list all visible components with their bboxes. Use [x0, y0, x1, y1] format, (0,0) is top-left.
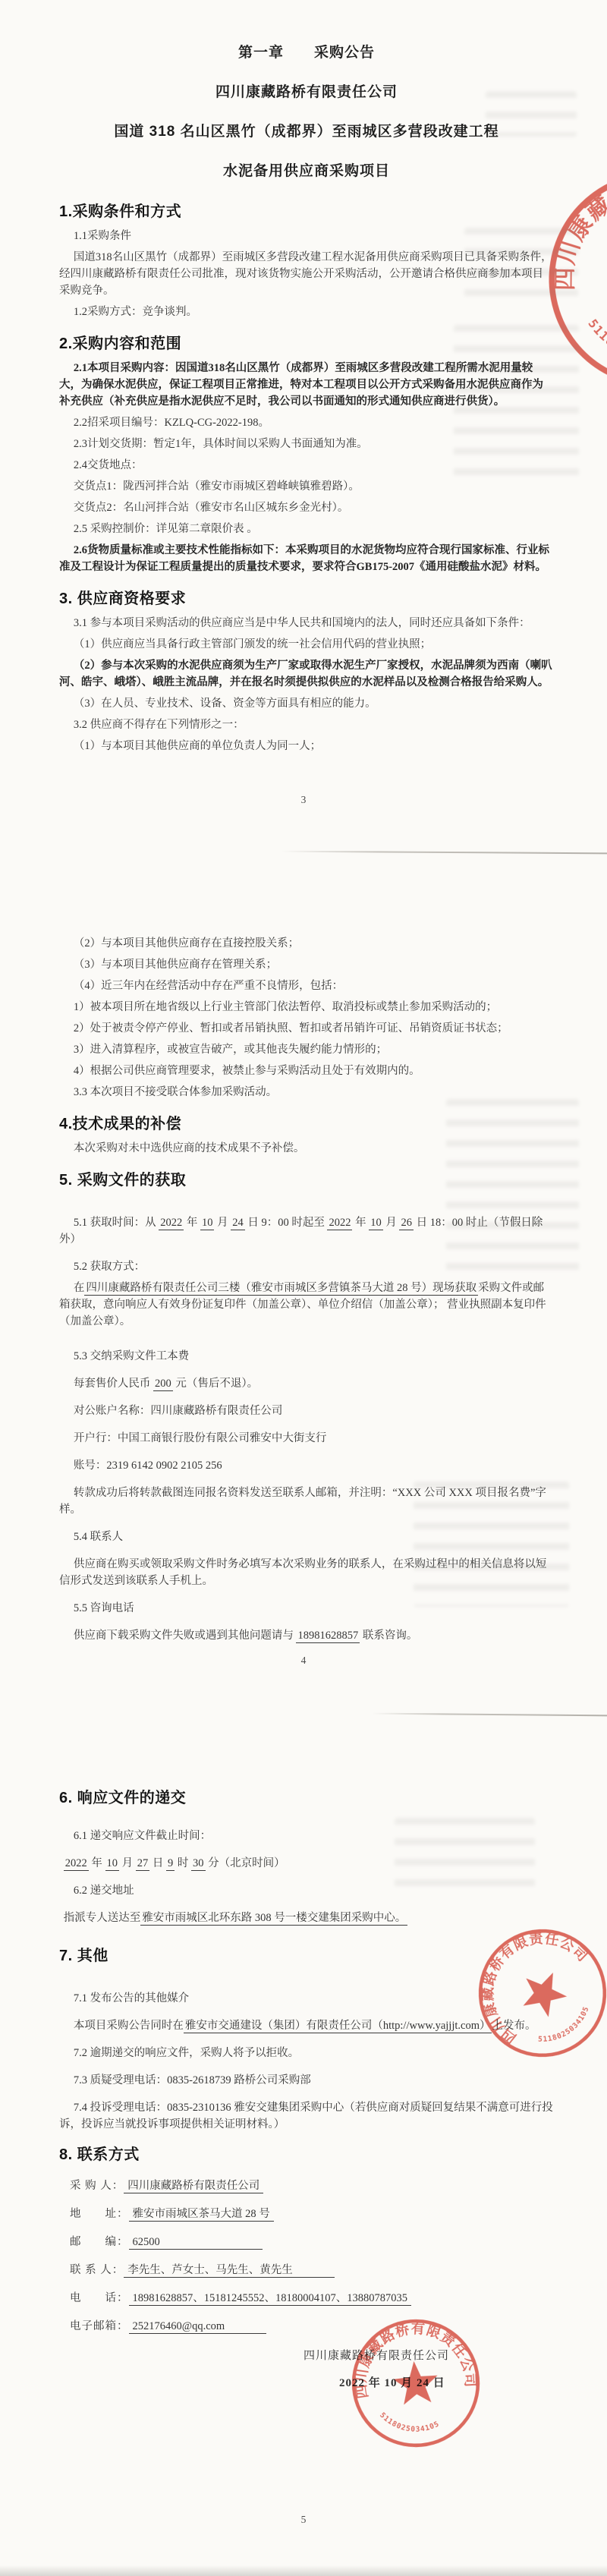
- para-3-1-item2: （2）参与本次采购的水泥供应商须为生产厂家或取得水泥生产厂家授权，水泥品牌须为西…: [59, 657, 554, 691]
- field-value-underlined: 雅安市雨城区茶马大道 28 号: [129, 2208, 274, 2222]
- field-value-underlined: 62500: [129, 2236, 263, 2250]
- pickup-address-underlined: 四川康藏路桥有限责任公司三楼（雅安市雨城区多营镇茶马大道 28 号）现场获取: [84, 1282, 478, 1296]
- para-5-4-body: 供应商在购买或领取采购文件时务必填写本次采购业务的联系人，在采购过程中的相关信息…: [59, 1556, 554, 1589]
- para-2-5: 2.5 采购控制价：详见第二章限价表 。: [59, 521, 554, 537]
- para-3-2-case4-sub1: 1）被本项目所在地省级以上行业主管部门依法暂停、取消投标或禁止参加采购活动的；: [59, 999, 554, 1016]
- section-8-heading: 8. 联系方式: [59, 2143, 554, 2166]
- page-number: 5: [0, 2514, 607, 2526]
- text-segment: 供应商下载采购文件失败或遇到其他问题请与: [74, 1630, 297, 1642]
- date-month-underlined: 10: [200, 1217, 215, 1230]
- text-segment: 本项目采购公告同时在: [74, 2020, 184, 2032]
- delivery-address-underlined: 雅安市雨城区北环东路 308 号一楼交建集团采购中心。: [140, 1912, 407, 1926]
- para-5-3-transfer-note: 转款成功后将转款截图连同报名资料发送至联系人邮箱，并注明：“XXX 公司 XXX…: [59, 1485, 554, 1518]
- contact-row-email: 电子邮箱：252176460@qq.com: [70, 2318, 554, 2335]
- field-label: 电子邮箱：: [70, 2320, 129, 2332]
- para-5-2: 5.2 获取方式：: [59, 1258, 554, 1275]
- para-5-1: 5.1 获取时间：从 2022 年 10 月 24 日 9：00 时起至 202…: [59, 1214, 554, 1248]
- text-segment: 日: [149, 1857, 166, 1869]
- para-3-2-case4-sub3: 3）进入清算程序，或被宣告破产，或其他丧失履约能力情形的；: [59, 1041, 554, 1058]
- text-segment: 年: [89, 1857, 105, 1869]
- para-3-2-case4-sub2: 2）处于被责令停产停业、暂扣或者吊销执照、暂扣或者吊销许可证、吊销资质证书状态；: [59, 1020, 554, 1037]
- para-5-5: 5.5 咨询电话: [59, 1600, 554, 1617]
- para-5-5-body: 供应商下载采购文件失败或遇到其他问题请与 18981628857 联系咨询。: [59, 1627, 554, 1644]
- para-1-2: 1.2采购方式：竞争谈判。: [59, 304, 554, 320]
- para-3-2-case4-sub4: 4）根据公司供应商管理要求，被禁止参与采购活动且处于有效期内的。: [59, 1063, 554, 1079]
- para-5-3-price: 每套售价人民币 200 元（售后不退）。: [59, 1375, 554, 1392]
- para-3-2: 3.2 供应商不得存在下列情形之一：: [59, 716, 554, 733]
- contact-row-purchaser: 采 购 人：四川康藏路桥有限责任公司: [70, 2178, 554, 2194]
- para-7-4: 7.4 投诉受理电话：0835-2310136 雅安交建集团采购中心（若供应商对…: [59, 2099, 554, 2133]
- page-number: 3: [0, 794, 607, 806]
- field-value-underlined: 252176460@qq.com: [129, 2320, 267, 2334]
- contact-row-address: 地 址：雅安市雨城区茶马大道 28 号: [70, 2206, 554, 2222]
- contact-row-phones: 电 话：18981628857、15181245552、18180004107、…: [70, 2290, 554, 2307]
- scanned-page-2: （2）与本项目其他供应商存在直接控股关系； （3）与本项目其他供应商存在管理关系…: [0, 858, 607, 1717]
- para-3-2-case1: （1）与本项目其他供应商的单位负责人为同一人；: [59, 738, 554, 754]
- contact-row-contacts: 联 系 人：李先生、芦女士、马先生、黄先生: [70, 2262, 554, 2278]
- contact-info-block: 采 购 人：四川康藏路桥有限责任公司 地 址：雅安市雨城区茶马大道 28 号 邮…: [59, 2178, 554, 2335]
- text-segment: 日 9：00 时起至: [245, 1217, 328, 1229]
- text-segment: 元（售后不退）。: [173, 1378, 258, 1390]
- text-segment: 指派专人送达至: [64, 1912, 141, 1924]
- para-1-1-body: 国道318名山区黑竹（成都界）至雨城区多营段改建工程水泥备用供应商采购项目已具备…: [59, 249, 554, 299]
- para-2-3: 2.3计划交货期：暂定1年，具体时间以采购人书面通知为准。: [59, 436, 554, 452]
- para-6-1-deadline: 2022 年 10 月 27 日 9 时 30 分（北京时间）: [59, 1855, 554, 1872]
- company-seal-stamp-signature: 四川康藏路桥有限责任公司 5118025034105: [341, 2308, 490, 2458]
- para-2-4-point1: 交货点1：陇西河拌合站（雅安市雨城区碧峰峡镇雅碧路）。: [59, 478, 554, 495]
- publish-website-underlined: 雅安市交通建设（集团）有限责任公司（http://www.yajjjt.com）: [184, 2020, 492, 2033]
- text-segment: 分（北京时间）: [206, 1857, 285, 1869]
- title-block: 第一章 采购公告 四川康藏路桥有限责任公司 国道 318 名山区黑竹（成都界）至…: [59, 0, 554, 182]
- section-6-heading: 6. 响应文件的递交: [59, 1787, 554, 1809]
- para-4-body: 本次采购对未中选供应商的技术成果不予补偿。: [59, 1140, 554, 1157]
- text-segment: 月: [119, 1857, 136, 1869]
- text-segment: 年: [352, 1217, 369, 1229]
- date-year-underlined: 2022: [64, 1857, 89, 1871]
- text-segment: 在: [74, 1282, 85, 1294]
- para-3-2-case3: （3）与本项目其他供应商存在管理关系；: [59, 956, 554, 973]
- scanned-page-1: 第一章 采购公告 四川康藏路桥有限责任公司 国道 318 名山区黑竹（成都界）至…: [0, 0, 607, 858]
- para-5-2-body: 在四川康藏路桥有限责任公司三楼（雅安市雨城区多营镇茶马大道 28 号）现场获取采…: [59, 1280, 554, 1330]
- date-month-underlined: 10: [105, 1857, 120, 1871]
- date-day-underlined: 24: [231, 1217, 245, 1230]
- section-4-heading: 4.技术成果的补偿: [59, 1113, 554, 1135]
- text-segment: 月: [214, 1217, 231, 1229]
- field-label: 地 址：: [70, 2208, 129, 2220]
- para-3-2-case4: （4）近三年内在经营活动中存在严重不良情形，包括：: [59, 978, 554, 994]
- date-year-underlined: 2022: [159, 1217, 184, 1230]
- para-2-2: 2.2招采项目编号：KZLQ-CG-2022-198。: [59, 414, 554, 431]
- phone-underlined: 18981628857: [296, 1630, 360, 1643]
- time-hour-underlined: 9: [166, 1857, 175, 1871]
- scanned-procurement-document: { "doc": { "title": { "chapter": "第一章 采购…: [0, 0, 607, 2576]
- para-5-3-account-name: 对公账户名称：四川康藏路桥有限责任公司: [59, 1403, 554, 1419]
- para-3-1: 3.1 参与本项目采购活动的供应商应当是中华人民共和国境内的法人，同时还应具备如…: [59, 615, 554, 631]
- para-5-3-bank: 开户行：中国工商银行股份有限公司雅安中大街支行: [59, 1430, 554, 1447]
- purchaser-company-title: 四川康藏路桥有限责任公司: [59, 82, 554, 103]
- section-5-heading: 5. 采购文件的获取: [59, 1169, 554, 1192]
- date-day-underlined: 27: [136, 1857, 150, 1871]
- section-2-heading: 2.采购内容和范围: [59, 332, 554, 355]
- page-number: 4: [0, 1655, 607, 1667]
- para-2-1: 2.1本项目采购内容：因国道318名山区黑竹（成都界）至雨城区多营段改建工程所需…: [59, 360, 554, 410]
- contact-row-postcode: 邮 编：62500: [70, 2234, 554, 2250]
- scanned-page-3: 6. 响应文件的递交 6.1 递交响应文件截止时间： 2022 年 10 月 2…: [0, 1717, 607, 2576]
- date-month-underlined: 10: [369, 1217, 383, 1230]
- stamp-star: [392, 2359, 439, 2405]
- para-6-2-body: 指派专人送达至雅安市雨城区北环东路 308 号一楼交建集团采购中心。: [59, 1910, 554, 1926]
- field-label: 电 话：: [70, 2292, 129, 2304]
- para-2-4-point2: 交货点2：名山河拌合站（雅安市名山区城东乡金光村）。: [59, 499, 554, 516]
- field-value-underlined: 李先生、芦女士、马先生、黄先生: [124, 2264, 335, 2278]
- para-2-6: 2.6货物质量标准或主要技术性能指标如下：本采购项目的水泥货物均应符合现行国家标…: [59, 542, 554, 575]
- para-7-2: 7.2 逾期递交的响应文件，采购人将予以拒收。: [59, 2045, 554, 2061]
- para-3-1-item1: （1）供应商应当具备行政主管部门颁发的统一社会信用代码的营业执照；: [59, 636, 554, 653]
- para-7-3: 7.3 质疑受理电话：0835-2618739 路桥公司采购部: [59, 2072, 554, 2089]
- text-segment: 联系咨询。: [360, 1630, 417, 1642]
- stamp-star: [511, 1962, 573, 2023]
- text-segment: 每套售价人民币: [74, 1378, 153, 1390]
- text-segment: 5.1 获取时间：从: [74, 1217, 159, 1229]
- para-2-4: 2.4交货地点：: [59, 457, 554, 474]
- date-day-underlined: 26: [399, 1217, 414, 1230]
- stamp-code-text: 5118025034105: [378, 2406, 442, 2437]
- para-3-1-item3: （3）在人员、专业技术、设备、资金等方面具有相应的能力。: [59, 695, 554, 712]
- para-1-1-label: 1.1采购条件: [59, 228, 554, 244]
- project-name-title: 国道 318 名山区黑竹（成都界）至雨城区多营段改建工程: [59, 121, 554, 143]
- para-6-2: 6.2 递交地址: [59, 1882, 554, 1899]
- para-5-3-account-number: 账号：2319 6142 0902 2105 256: [59, 1457, 554, 1474]
- para-3-2-case2: （2）与本项目其他供应商存在直接控股关系；: [59, 935, 554, 952]
- field-label: 采 购 人：: [70, 2180, 124, 2192]
- svg-text:5118025034105: 5118025034105: [378, 2406, 442, 2437]
- field-value-underlined: 四川康藏路桥有限责任公司: [124, 2180, 263, 2193]
- text-segment: 年: [184, 1217, 200, 1229]
- text-segment: 时: [175, 1857, 191, 1869]
- para-6-1: 6.1 递交响应文件截止时间：: [59, 1828, 554, 1844]
- section-3-heading: 3. 供应商资格要求: [59, 587, 554, 610]
- para-5-3: 5.3 交纳采购文件工本费: [59, 1348, 554, 1365]
- para-3-3: 3.3 本次项目不接受联合体参加采购活动。: [59, 1084, 554, 1101]
- para-5-4: 5.4 联系人: [59, 1529, 554, 1545]
- text-segment: 月: [383, 1217, 400, 1229]
- price-underlined: 200: [153, 1378, 173, 1391]
- section-1-heading: 1.采购条件和方式: [59, 200, 554, 223]
- project-subtitle: 水泥备用供应商采购项目: [59, 161, 554, 182]
- chapter-title: 第一章 采购公告: [59, 43, 554, 64]
- field-label: 邮 编：: [70, 2236, 129, 2248]
- field-label: 联 系 人：: [70, 2264, 124, 2276]
- field-value-underlined: 18981628857、15181245552、18180004107、1388…: [129, 2292, 412, 2306]
- time-minute-underlined: 30: [191, 1857, 206, 1871]
- date-year-underlined: 2022: [327, 1217, 352, 1230]
